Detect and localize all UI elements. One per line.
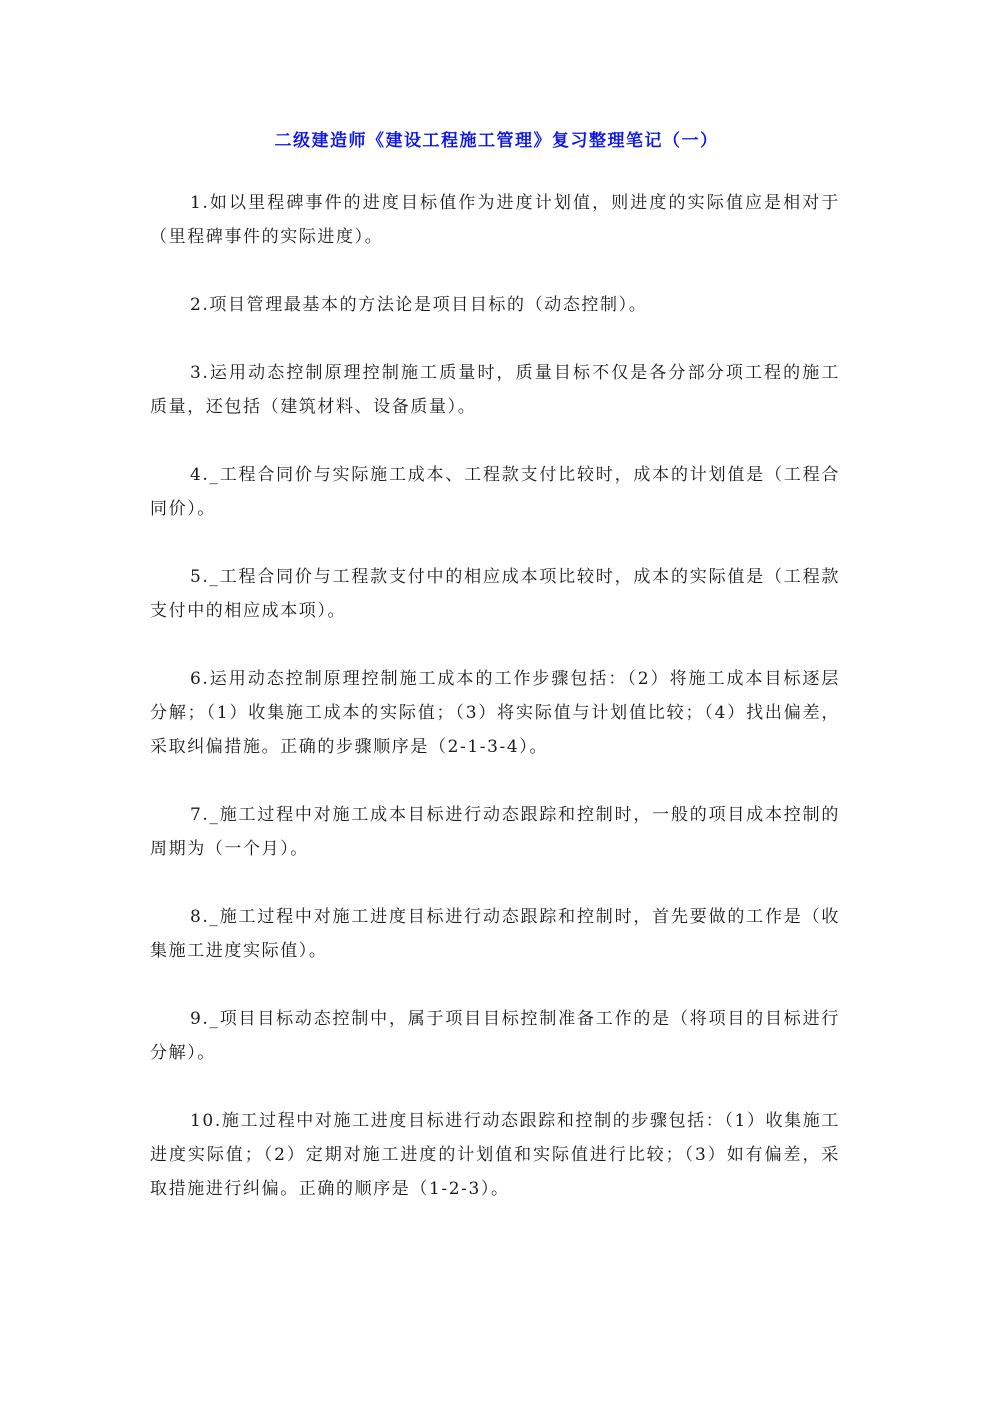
note-text: 项目管理最基本的方法论是项目目标的（动态控制）。 (209, 295, 647, 315)
note-number: 8. (190, 907, 209, 927)
note-number: 10. (190, 1111, 222, 1131)
note-text: 运用动态控制原理控制施工质量时，质量目标不仅是各分部分项工程的施工质量，还包括（… (150, 363, 840, 417)
note-item-4: 4._工程合同价与实际施工成本、工程款支付比较时，成本的计划值是（工程合同价）。 (150, 458, 840, 526)
note-number: 4. (190, 465, 209, 485)
note-text: _工程合同价与工程款支付中的相应成本项比较时，成本的实际值是（工程款支付中的相应… (150, 567, 840, 621)
note-text: 运用动态控制原理控制施工成本的工作步骤包括：（2）将施工成本目标逐层分解；（1）… (150, 669, 840, 757)
note-text: 施工过程中对施工进度目标进行动态跟踪和控制的步骤包括：（1）收集施工进度实际值；… (150, 1111, 840, 1199)
notes-list: 1.如以里程碑事件的进度目标值作为进度计划值，则进度的实际值应是相对于（里程碑事… (150, 186, 840, 1240)
note-text: _项目目标动态控制中，属于项目目标控制准备工作的是（将项目的目标进行分解）。 (150, 1009, 840, 1063)
note-item-1: 1.如以里程碑事件的进度目标值作为进度计划值，则进度的实际值应是相对于（里程碑事… (150, 186, 840, 254)
note-number: 6. (190, 669, 209, 689)
note-text: _施工过程中对施工成本目标进行动态跟踪和控制时，一般的项目成本控制的周期为（一个… (150, 805, 840, 859)
note-text: 如以里程碑事件的进度目标值作为进度计划值，则进度的实际值应是相对于（里程碑事件的… (150, 193, 840, 247)
note-item-9: 9._项目目标动态控制中，属于项目目标控制准备工作的是（将项目的目标进行分解）。 (150, 1002, 840, 1070)
note-item-5: 5._工程合同价与工程款支付中的相应成本项比较时，成本的实际值是（工程款支付中的… (150, 560, 840, 628)
document-title: 二级建造师《建设工程施工管理》复习整理笔记（一） (0, 126, 993, 151)
note-item-3: 3.运用动态控制原理控制施工质量时，质量目标不仅是各分部分项工程的施工质量，还包… (150, 356, 840, 424)
document-page: 二级建造师《建设工程施工管理》复习整理笔记（一） 1.如以里程碑事件的进度目标值… (0, 0, 993, 1404)
note-item-6: 6.运用动态控制原理控制施工成本的工作步骤包括：（2）将施工成本目标逐层分解；（… (150, 662, 840, 764)
note-number: 1. (190, 193, 209, 213)
note-number: 7. (190, 805, 209, 825)
note-number: 3. (190, 363, 209, 383)
note-text: _施工过程中对施工进度目标进行动态跟踪和控制时，首先要做的工作是（收集施工进度实… (150, 907, 840, 961)
note-number: 9. (190, 1009, 209, 1029)
note-text: _工程合同价与实际施工成本、工程款支付比较时，成本的计划值是（工程合同价）。 (150, 465, 840, 519)
note-item-7: 7._施工过程中对施工成本目标进行动态跟踪和控制时，一般的项目成本控制的周期为（… (150, 798, 840, 866)
note-item-10: 10.施工过程中对施工进度目标进行动态跟踪和控制的步骤包括：（1）收集施工进度实… (150, 1104, 840, 1206)
note-item-2: 2.项目管理最基本的方法论是项目目标的（动态控制）。 (150, 288, 840, 322)
note-number: 5. (190, 567, 209, 587)
note-item-8: 8._施工过程中对施工进度目标进行动态跟踪和控制时，首先要做的工作是（收集施工进… (150, 900, 840, 968)
note-number: 2. (190, 295, 209, 315)
